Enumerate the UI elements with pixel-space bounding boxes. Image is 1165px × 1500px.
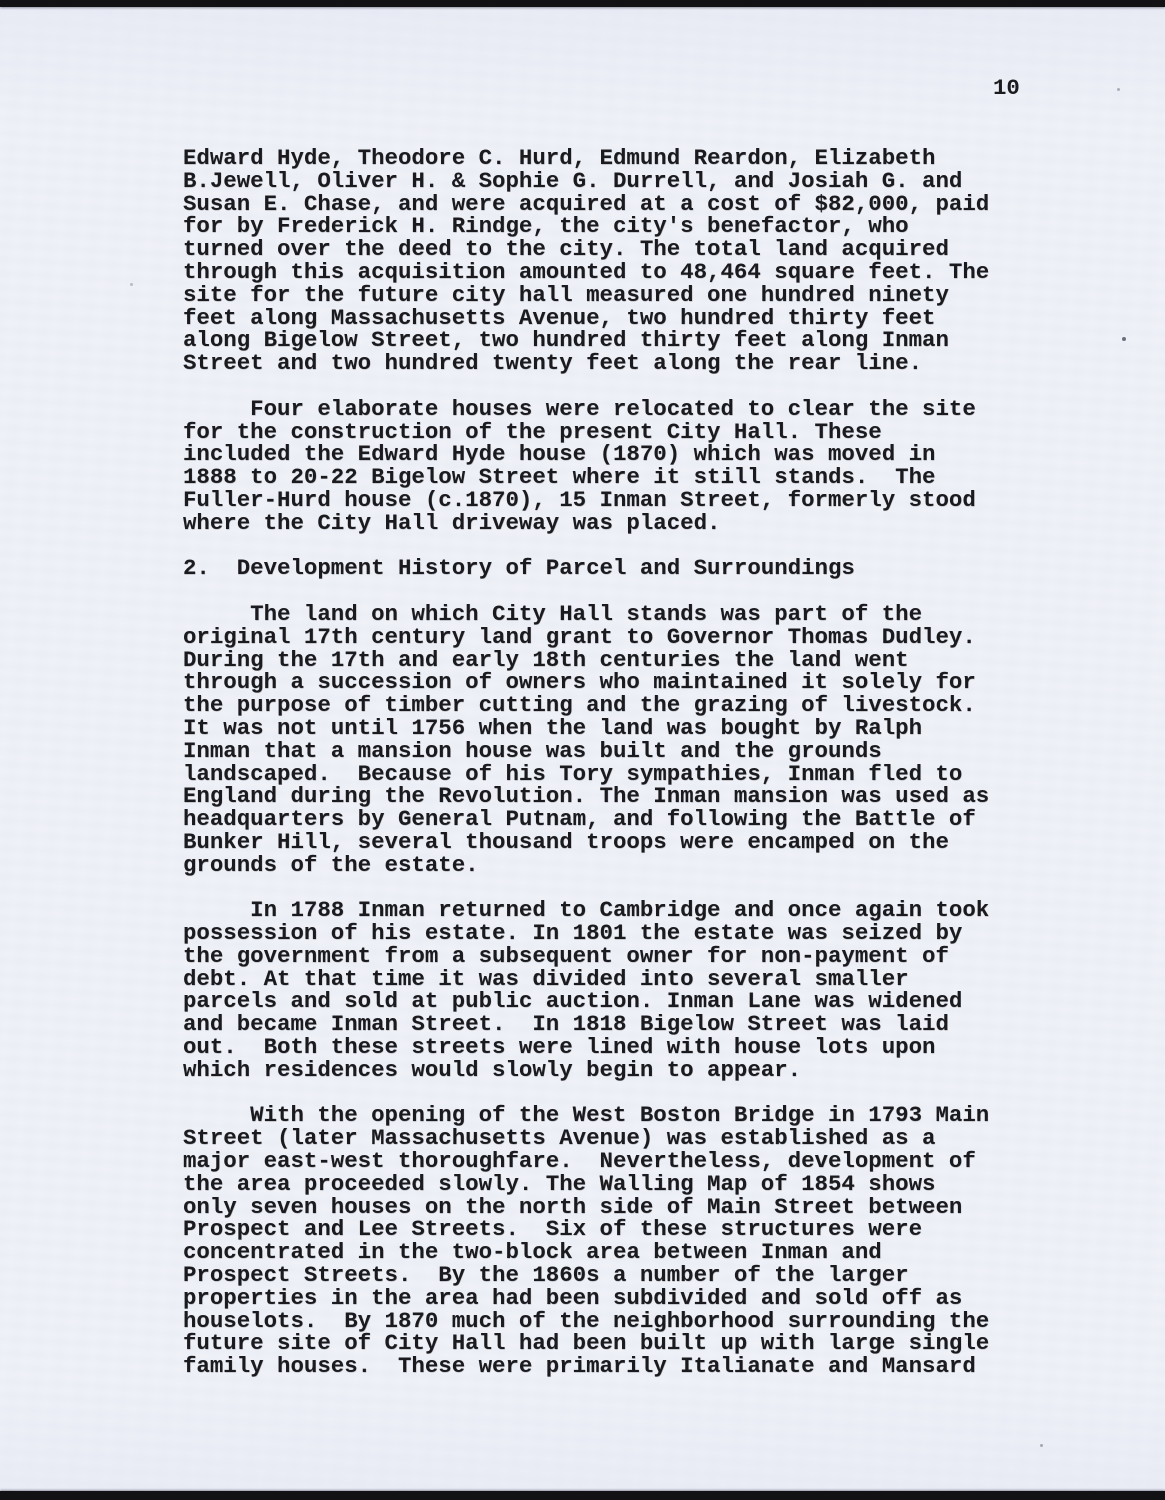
scan-speck bbox=[1040, 1444, 1043, 1447]
section-heading: 2. Development History of Parcel and Sur… bbox=[183, 557, 1043, 580]
scan-edge-bottom bbox=[0, 1491, 1165, 1500]
document-body: Edward Hyde, Theodore C. Hurd, Edmund Re… bbox=[183, 147, 1043, 1401]
scan-speck bbox=[1122, 337, 1126, 341]
scanned-document-page: 10 Edward Hyde, Theodore C. Hurd, Edmund… bbox=[0, 0, 1165, 1500]
paragraph: Four elaborate houses were relocated to … bbox=[183, 398, 1043, 535]
paragraph: The land on which City Hall stands was p… bbox=[183, 603, 1043, 877]
scan-speck bbox=[1117, 88, 1120, 91]
scan-speck bbox=[130, 283, 133, 286]
paragraph: Edward Hyde, Theodore C. Hurd, Edmund Re… bbox=[183, 147, 1043, 375]
scan-edge-top bbox=[0, 0, 1165, 7]
page-number: 10 bbox=[993, 77, 1020, 100]
paragraph: With the opening of the West Boston Brid… bbox=[183, 1104, 1043, 1378]
paragraph: In 1788 Inman returned to Cambridge and … bbox=[183, 899, 1043, 1081]
